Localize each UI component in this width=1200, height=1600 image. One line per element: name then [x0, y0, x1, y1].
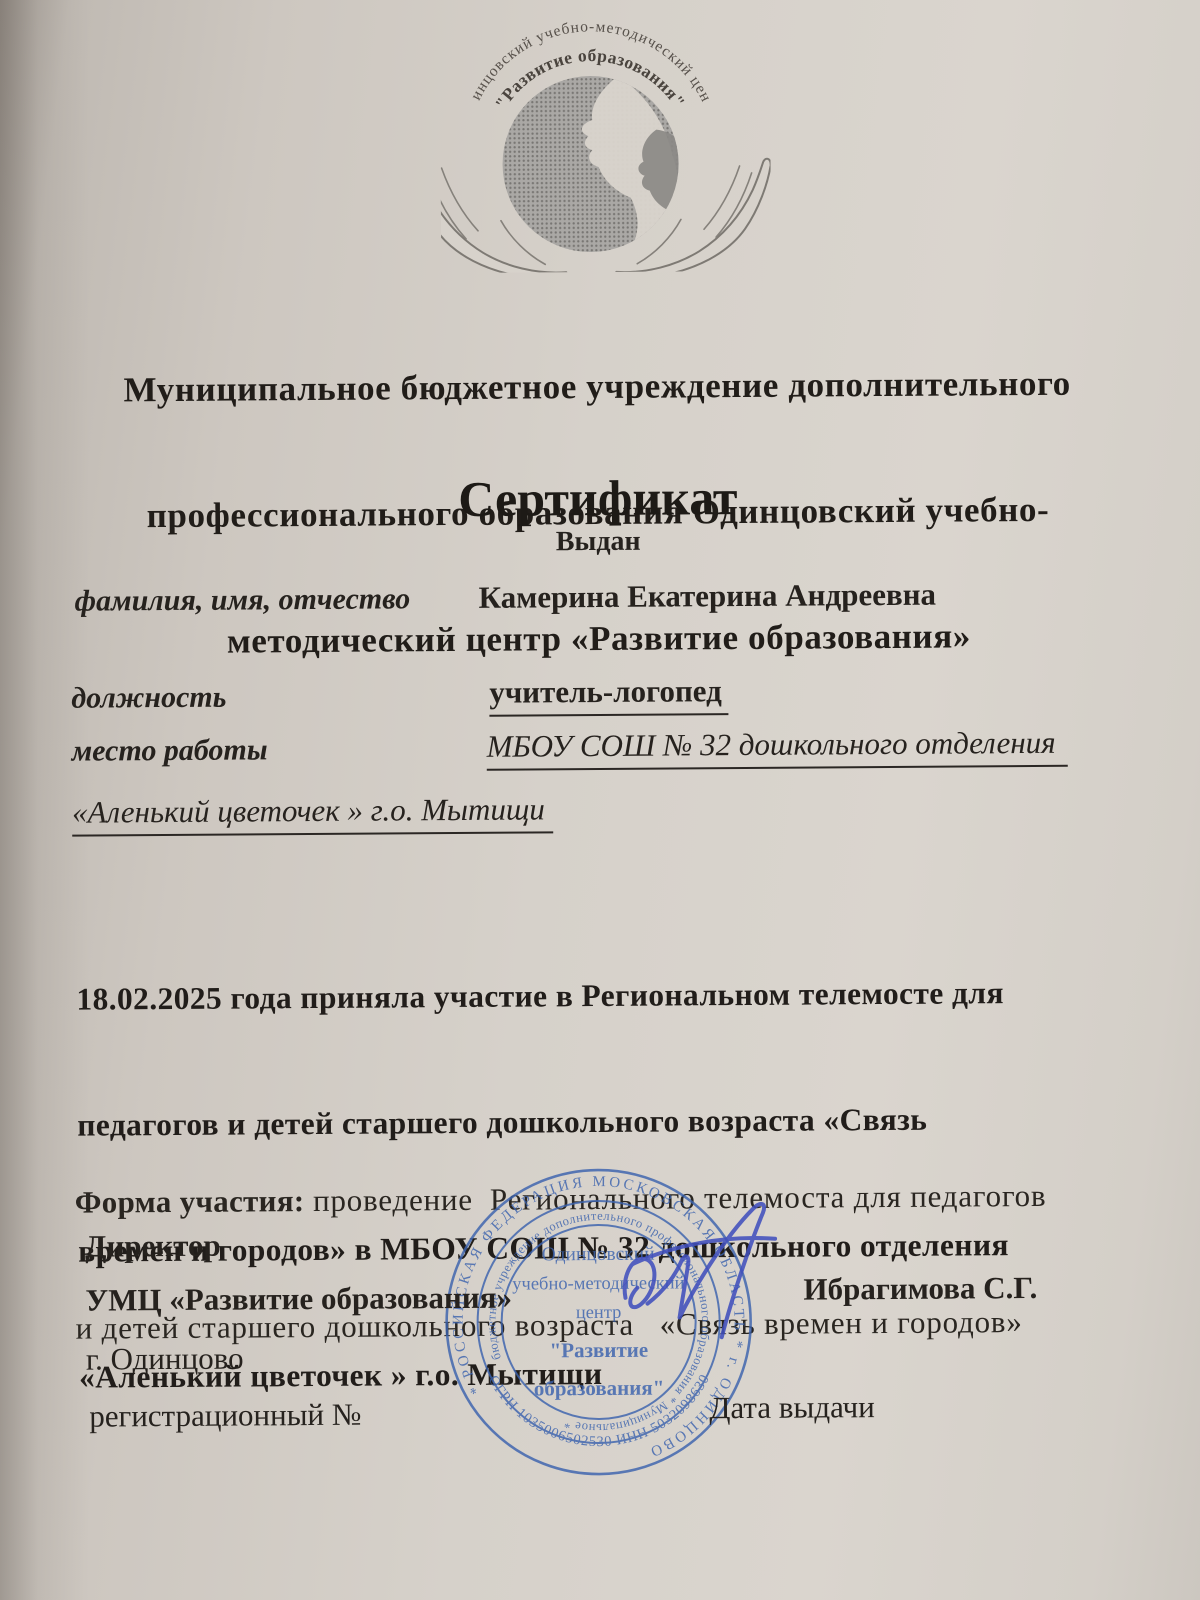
issue-date-label: Дата выдачи	[709, 1388, 875, 1427]
signature-tall-stroke	[679, 1204, 765, 1338]
participation-form-label: Форма участия:	[75, 1183, 305, 1220]
director-title: Директор	[85, 1227, 221, 1266]
city-label: г. Одинцово	[86, 1340, 244, 1379]
position-field-value: учитель-логопед	[489, 673, 728, 710]
director-org: УМЦ «Развитие образования»	[85, 1279, 512, 1320]
workplace-field-label: место работы	[72, 733, 268, 768]
certificate-sheet: Одинцовский учебно-методический центр "Р…	[0, 0, 1200, 1600]
org-name-line3: методический центр «Развитие образования…	[29, 614, 1169, 664]
org-name-line1: Муниципальное бюджетное учреждение допол…	[27, 362, 1167, 412]
position-field-label: должность	[71, 681, 226, 716]
director-signature	[563, 1178, 824, 1380]
participation-line1: 18.02.2025 года приняла участие в Регион…	[76, 972, 1007, 1020]
workplace-field-value-line2: «Аленький цветочек » г.о. Мытищи	[72, 791, 553, 829]
name-field-value: Камерина Екатерина Андреевна	[478, 577, 936, 615]
signer-name: Ибрагимова С.Г.	[803, 1269, 1037, 1309]
certificate-photo: Одинцовский учебно-методический центр "Р…	[0, 0, 1200, 1600]
registration-number-label: регистрационный №	[89, 1396, 361, 1436]
signature-crossbar	[633, 1238, 775, 1264]
workplace-field-value-line1: МБОУ СОШ № 32 дошкольного отделения	[487, 725, 1068, 764]
globe-illustration	[502, 75, 690, 252]
name-field-label: фамилия, имя, отчество	[74, 582, 410, 618]
org-logo: Одинцовский учебно-методический центр "Р…	[440, 13, 772, 273]
